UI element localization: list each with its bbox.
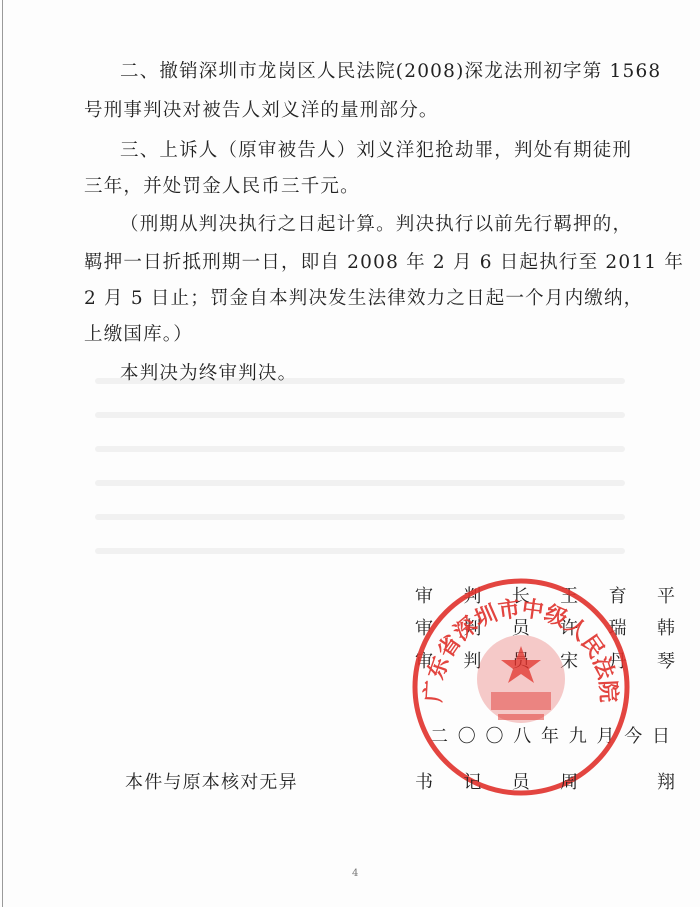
bleed-through-line [95,412,625,418]
paragraph-line: 三、上诉人（原审被告人）刘义洋犯抢劫罪，判处有期徒刑 [120,136,632,162]
sig-char: 韩 [657,614,675,640]
paragraph-line: 2 月 5 日止；罚金自本判决发生法律效力之日起一个月内缴纳， [84,284,643,310]
paragraph-line: （刑期从判决执行之日起计算。判决执行以前先行羁押的， [120,210,632,236]
verification-note: 本件与原本核对无异 [125,768,298,794]
paragraph-line: 上缴国库。） [84,320,193,346]
sig-char: 琴 [657,647,675,673]
sig-char: 书 [415,768,433,794]
court-seal-icon: 广东省深圳市中级人民法院 [408,574,634,800]
page-edge [2,0,3,907]
paragraph-line: 羁押一日折抵刑期一日，即自 2008 年 2 月 6 日起执行至 2011 年 [84,248,684,274]
signature-clerk: 书 记 员 周 翔 [415,768,675,794]
bleed-through-line [95,446,625,452]
sig-char: 员 [512,768,530,794]
bleed-through-line [95,548,625,554]
sig-char: 平 [657,582,675,608]
sig-char: 翔 [657,768,675,794]
paragraph-line: 二、撤销深圳市龙岗区人民法院(2008)深龙法刑初字第 1568 [120,57,661,83]
sig-char: 记 [463,768,481,794]
bleed-through-line [95,480,625,486]
date-char: 日 [652,722,670,748]
paragraph-line: 本判决为终审判决。 [120,359,297,385]
sig-char: 周 [560,768,578,794]
bleed-through-line [95,514,625,520]
paragraph-line: 号刑事判决对被告人刘义洋的量刑部分。 [84,96,439,122]
page-number: 4 [352,868,358,879]
sig-char [609,768,627,794]
paragraph-line: 三年，并处罚金人民币三千元。 [84,172,360,198]
